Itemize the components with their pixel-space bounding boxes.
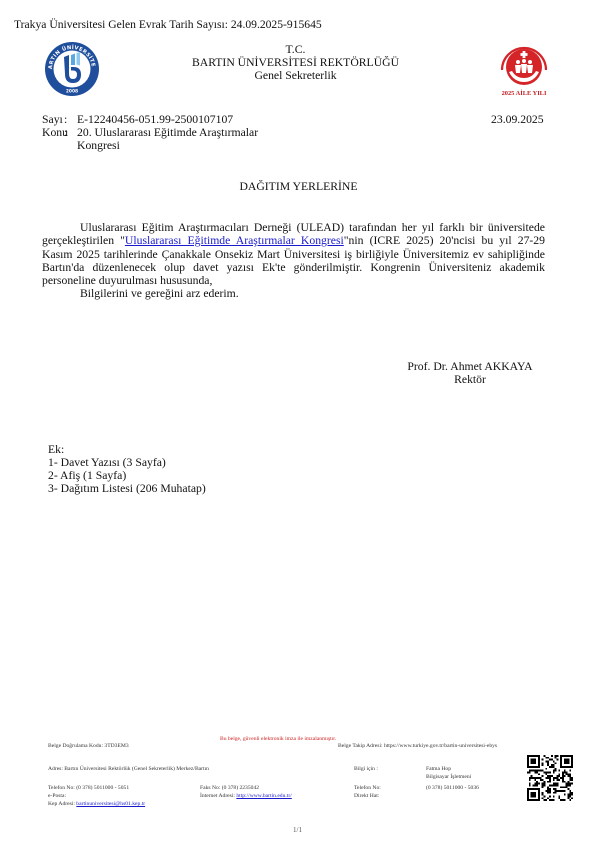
direct-line-label: Direkt Hat: [354,793,379,799]
congress-link[interactable]: Uluslararası Eğitimde Araştırmalar Kongr… [125,234,344,247]
esign-notice: Bu belge, güvenli elektronik imza ile im… [220,736,336,742]
sayi-label: Sayı [42,113,63,126]
header-institution: BARTIN ÜNİVERSİTESİ REKTÖRLÜĞÜ [0,56,595,69]
header-department: Genel Sekreterlik [0,69,595,82]
footer-phone: Telefon No: (0 378) 5011000 - 5051 [48,785,129,791]
document-date: 23.09.2025 [491,113,544,126]
header-line-tc: T.C. [286,43,306,56]
footer-fax: Faks No: (0 378) 2235042 [200,785,259,791]
web-label: İnternet Adresi: [200,793,235,799]
sayi-value: E-12240456-051.99-2500107107 [77,113,233,126]
institution-name: BARTIN ÜNİVERSİTESİ REKTÖRLÜĞÜ [192,56,399,69]
konu-value-line2: Kongresi [77,139,120,152]
sayi-colon: : [64,113,67,126]
tracking-address: Belge Takip Adresi: https://www.turkiye.… [338,743,497,749]
info-title: Bilgisayar İşletmeni [426,774,471,780]
attachments-label: Ek: [48,443,64,456]
qr-code [527,755,573,801]
verification-code: Belge Doğrulama Kodu: 3TD3EM3 [48,743,129,749]
info-phone-label: Telefon No: [354,785,381,791]
header-tc: T.C. [0,43,595,56]
kep-address-link[interactable]: bartinuniversitesi@hs01.kep.tr [76,801,145,807]
page-number: 1/1 [0,826,595,834]
info-label: Bilgi için : [354,766,378,772]
qr-code-icon [527,755,573,801]
body-line-2: gerçekleştirilen "Uluslararası Eğitimde … [42,234,545,247]
body-line-3: Kasım 2025 tarihlerinde Çanakkale Onseki… [42,248,545,261]
body-line-1: Uluslararası Eğitim Araştırmacıları Dern… [42,221,545,234]
department-name: Genel Sekreterlik [254,69,336,82]
body-line-4: Bartın'da düzenlenecek olup davet yazısı… [42,261,545,274]
body-line-2-pre: gerçekleştirilen " [42,234,125,247]
info-phone-value: (0 378) 5011000 - 5036 [426,785,479,791]
signer-name: Prof. Dr. Ahmet AKKAYA [380,360,560,373]
attachment-item[interactable]: 3- Dağıtım Listesi (206 Muhatap) [48,482,206,495]
footer-kep: Kep Adresi: bartinuniversitesi@hs01.kep.… [48,801,145,807]
footer-address: Adres: Bartın Üniversitesi Rektörlük (Ge… [48,766,209,772]
website-link[interactable]: http://www.bartin.edu.tr/ [236,793,291,799]
attachment-item[interactable]: 1- Davet Yazısı (3 Sayfa) [48,456,166,469]
info-name: Fatma Hop [426,766,451,772]
kep-label: Kep Adresi: [48,801,75,807]
svg-text:2008: 2008 [66,89,78,95]
body-line-5: personeline duyurulması hususunda, [42,274,545,287]
letter-body: Uluslararası Eğitim Araştırmacıları Dern… [42,221,545,301]
svg-text:2025 AİLE YILI: 2025 AİLE YILI [502,90,547,97]
footer-email-label: e-Posta: [48,793,66,799]
addressee-text: DAĞITIM YERLERİNE [239,180,357,193]
closing-line: Bilgilerini ve gereğini arz ederim. [42,287,545,300]
addressee: DAĞITIM YERLERİNE [0,180,595,193]
body-line-2-post: "nin (ICRE 2025) 20'ncisi bu yıl 27-29 [344,234,545,247]
footer-web: İnternet Adresi: http://www.bartin.edu.t… [200,793,292,799]
incoming-document-stamp: Trakya Üniversitesi Gelen Evrak Tarih Sa… [14,18,322,31]
attachment-item[interactable]: 2- Afiş (1 Sayfa) [48,469,126,482]
konu-value-line1: 20. Uluslararası Eğitimde Araştırmalar [77,126,258,139]
signer-title: Rektör [380,373,560,386]
konu-colon: : [64,126,67,139]
